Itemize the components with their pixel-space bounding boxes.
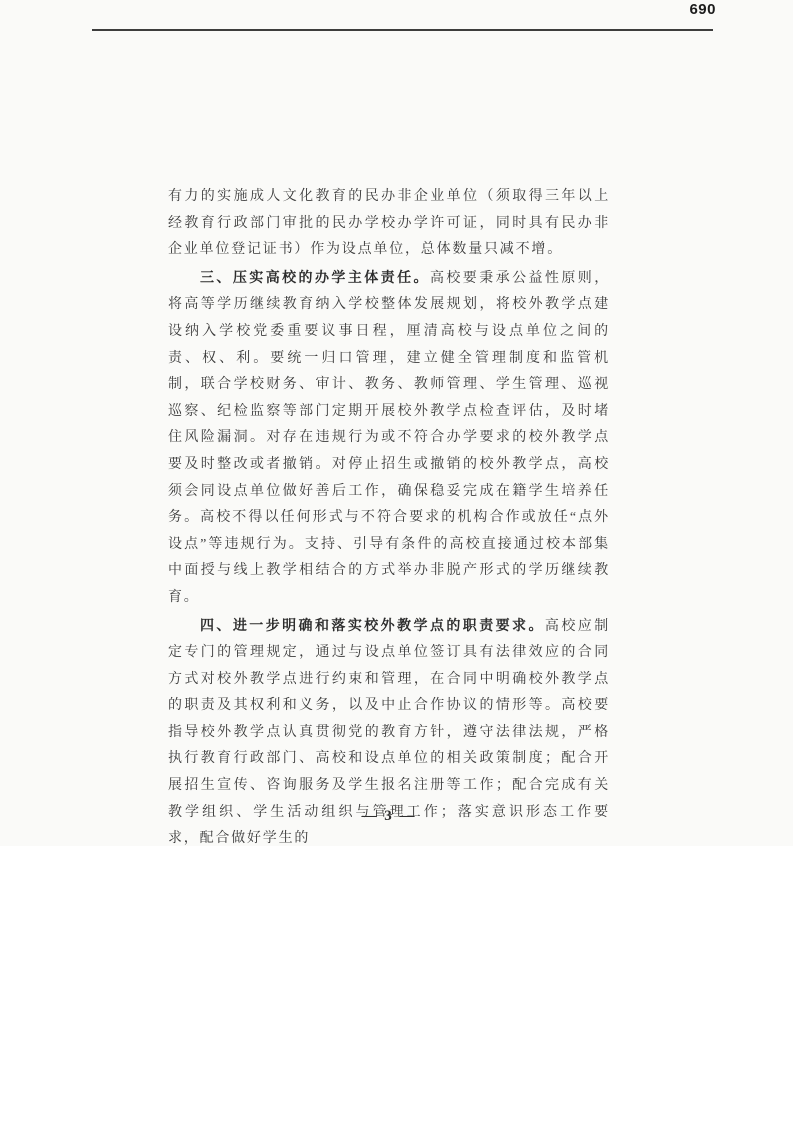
- paragraph-text: 有力的实施成人文化教育的民办非企业单位（须取得三年以上经教育行政部门审批的民办学…: [168, 189, 610, 257]
- pdf-corner-page-number: 690: [689, 1, 716, 18]
- document-page: 690 有力的实施成人文化教育的民办非企业单位（须取得三年以上经教育行政部门审批…: [0, 0, 793, 1122]
- page-footer-number: — 3 —: [168, 808, 610, 825]
- section-3-heading: 三、压实高校的办学主体责任。: [200, 269, 430, 285]
- paragraph-text: 高校要秉承公益性原则，将高等学历继续教育纳入学校整体发展规划，将校外教学点建设纳…: [168, 271, 610, 605]
- header-rule: [92, 29, 713, 31]
- document-body: 有力的实施成人文化教育的民办非企业单位（须取得三年以上经教育行政部门审批的民办学…: [168, 184, 610, 853]
- paragraph-section-3: 三、压实高校的办学主体责任。高校要秉承公益性原则，将高等学历继续教育纳入学校整体…: [168, 264, 610, 612]
- section-4-heading: 四、进一步明确和落实校外教学点的职责要求。: [200, 617, 545, 633]
- paragraph-continuation: 有力的实施成人文化教育的民办非企业单位（须取得三年以上经教育行政部门审批的民办学…: [168, 184, 610, 264]
